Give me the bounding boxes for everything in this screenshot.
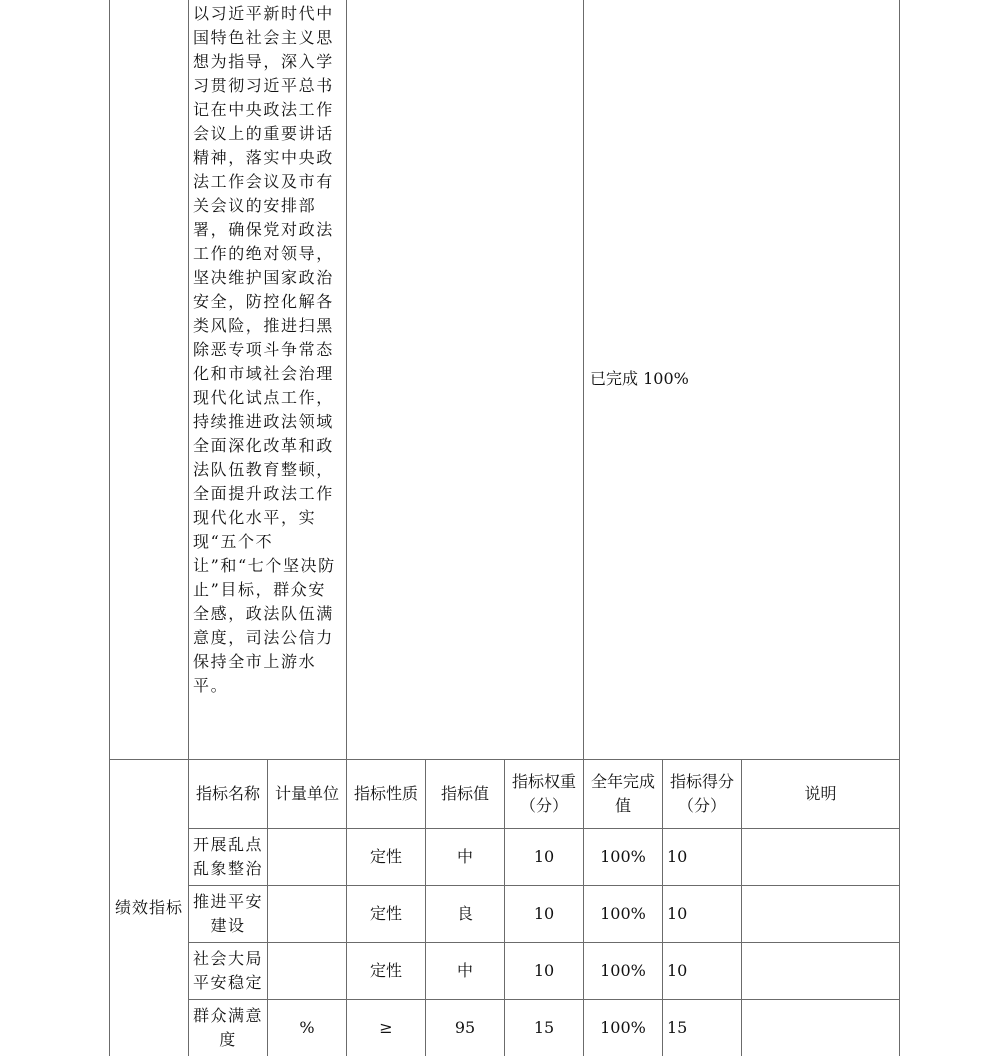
indicator-name: 开展乱点乱象整治: [189, 828, 268, 885]
indicator-completion: 100%: [584, 942, 663, 999]
table-row: 社会大局平安稳定 定性 中 10 100% 10: [110, 942, 900, 999]
header-completion-line2: 值: [615, 796, 631, 815]
header-weight-line1: 指标权重: [512, 772, 576, 791]
header-weight-line2: （分）: [520, 796, 568, 815]
indicator-value: 中: [426, 828, 505, 885]
indicator-note: [742, 828, 900, 885]
header-score-line1: 指标得分: [670, 772, 734, 791]
indicator-unit: [268, 942, 347, 999]
table-row: 推进平安建设 定性 良 10 100% 10: [110, 885, 900, 942]
header-nature: 指标性质: [347, 759, 426, 828]
indicator-name: 社会大局平安稳定: [189, 942, 268, 999]
indicator-completion: 100%: [584, 885, 663, 942]
header-score-line2: （分）: [678, 796, 726, 815]
indicator-name: 推进平安建设: [189, 885, 268, 942]
indicator-unit: [268, 828, 347, 885]
indicator-note: [742, 942, 900, 999]
indicator-note: [742, 885, 900, 942]
goal-completion-text: 已完成 100%: [584, 0, 900, 759]
annual-goal-row: 以习近平新时代中国特色社会主义思想为指导，深入学习贯彻习近平总书记在中央政法工作…: [110, 0, 900, 759]
header-value: 指标值: [426, 759, 505, 828]
performance-indicator-category: 绩效指标: [110, 759, 189, 1056]
indicator-score: 10: [663, 828, 742, 885]
indicator-weight: 10: [505, 885, 584, 942]
indicator-nature: ≥: [347, 999, 426, 1056]
indicator-score: 15: [663, 999, 742, 1056]
header-indicator-name: 指标名称: [189, 759, 268, 828]
indicator-note: [742, 999, 900, 1056]
indicator-completion: 100%: [584, 828, 663, 885]
header-score: 指标得分（分）: [663, 759, 742, 828]
header-unit: 计量单位: [268, 759, 347, 828]
header-note: 说明: [742, 759, 900, 828]
header-completion-line1: 全年完成: [591, 772, 655, 791]
indicator-nature: 定性: [347, 942, 426, 999]
indicator-value: 中: [426, 942, 505, 999]
indicator-nature: 定性: [347, 828, 426, 885]
indicator-score: 10: [663, 942, 742, 999]
indicator-unit: %: [268, 999, 347, 1056]
indicator-weight: 10: [505, 942, 584, 999]
indicator-weight: 10: [505, 828, 584, 885]
indicator-unit: [268, 885, 347, 942]
indicator-name: 群众满意度: [189, 999, 268, 1056]
header-annual-completion: 全年完成值: [584, 759, 663, 828]
indicator-value: 良: [426, 885, 505, 942]
goal-spacer-cell: [347, 0, 584, 759]
indicator-value: 95: [426, 999, 505, 1056]
indicator-weight: 15: [505, 999, 584, 1056]
indicator-score: 10: [663, 885, 742, 942]
table-row: 开展乱点乱象整治 定性 中 10 100% 10: [110, 828, 900, 885]
indicator-nature: 定性: [347, 885, 426, 942]
indicator-completion: 100%: [584, 999, 663, 1056]
goal-category-cell: [110, 0, 189, 759]
performance-evaluation-table: 以习近平新时代中国特色社会主义思想为指导，深入学习贯彻习近平总书记在中央政法工作…: [109, 0, 900, 1056]
annual-target-text: 以习近平新时代中国特色社会主义思想为指导，深入学习贯彻习近平总书记在中央政法工作…: [189, 0, 347, 759]
indicator-header-row: 绩效指标 指标名称 计量单位 指标性质 指标值 指标权重（分） 全年完成值 指标…: [110, 759, 900, 828]
table-row: 群众满意度 % ≥ 95 15 100% 15: [110, 999, 900, 1056]
header-weight: 指标权重（分）: [505, 759, 584, 828]
